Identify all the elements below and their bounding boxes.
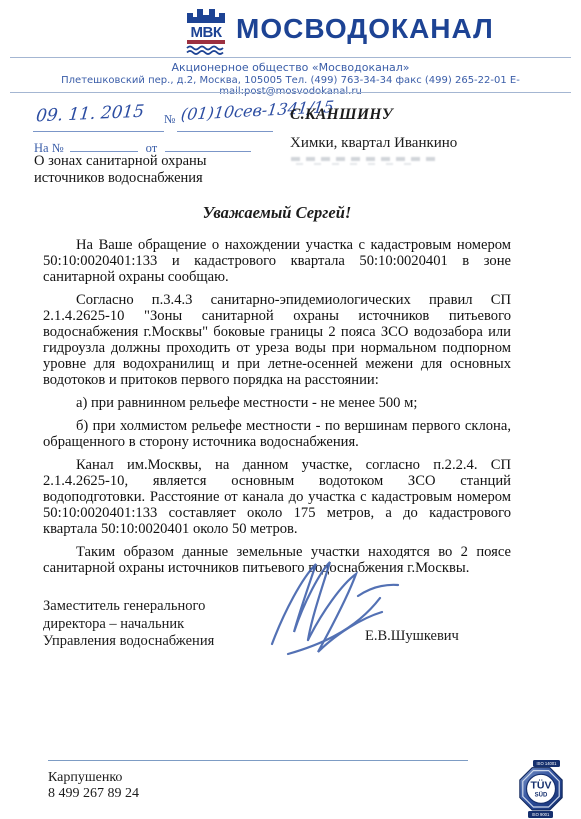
header-divider-top — [10, 57, 571, 58]
letter-subject: О зонах санитарной охраны источников вод… — [34, 153, 264, 187]
date-underline — [33, 131, 164, 132]
reply-number-blank — [70, 140, 138, 152]
mvk-logo-text: МВК — [191, 24, 223, 41]
number-underline — [177, 131, 273, 132]
letter-body: На Ваше обращение о нахождении участка с… — [43, 237, 511, 583]
handwritten-signature — [258, 554, 408, 667]
body-paragraph-1: На Ваше обращение о нахождении участка с… — [43, 237, 511, 285]
sud-text: SÜD — [535, 792, 548, 799]
header-divider-bottom — [10, 92, 571, 93]
tuv-sud-icon: ISO 14001 TÜV SÜD ISO 9001 — [506, 760, 572, 819]
tuv-text: TÜV — [531, 779, 552, 792]
signer-position-line-3: Управления водоснабжения — [43, 633, 273, 651]
executor-name: Карпушенко — [48, 770, 139, 786]
redacted-line — [291, 157, 439, 161]
iso-9001-label: ISO 9001 — [532, 812, 550, 817]
signer-position: Заместитель генерального директора – нач… — [43, 598, 273, 651]
company-title: МОСВОДОКАНАЛ — [236, 13, 494, 45]
tuv-sud-certification-logo: ISO 14001 TÜV SÜD ISO 9001 — [506, 760, 572, 819]
iso-14001-label: ISO 14001 — [536, 761, 557, 766]
mvk-logo: МВК — [183, 6, 229, 61]
letter-page: { "header": { "logo_text": "МВК", "compa… — [0, 0, 581, 819]
contact-line: Плетешковский пер., д.2, Москва, 105005 … — [0, 75, 581, 97]
org-name-line: Акционерное общество «Мосводоканал» — [0, 61, 581, 74]
addressee-address: Химки, квартал Иванкино — [290, 135, 457, 152]
body-paragraph-5: Канал им.Москвы, на данном участке, согл… — [43, 457, 511, 537]
reply-date-blank — [165, 140, 251, 152]
executor-block: Карпушенко 8 499 267 89 24 — [48, 770, 139, 802]
signer-position-line-2: директора – начальник — [43, 616, 273, 634]
signer-name: Е.В.Шушкевич — [365, 628, 459, 645]
number-label: № — [164, 112, 175, 127]
body-paragraph-4: б) при холмистом рельефе местности - по … — [43, 418, 511, 450]
redacted-line-2 — [296, 163, 416, 165]
mvk-logo-icon: МВК — [183, 6, 229, 56]
body-paragraph-3: а) при равнинном рельефе местности - не … — [43, 395, 511, 411]
footer-divider — [48, 760, 468, 761]
body-paragraph-2: Согласно п.3.4.3 санитарно-эпидемиологич… — [43, 292, 511, 388]
executor-phone: 8 499 267 89 24 — [48, 786, 139, 802]
signer-position-line-1: Заместитель генерального — [43, 598, 273, 616]
handwritten-date: 09. 11. 2015 — [35, 102, 145, 127]
subject-line-1: О зонах санитарной охраны — [34, 153, 264, 170]
salutation: Уважаемый Сергей! — [43, 203, 511, 223]
signature-icon — [258, 554, 408, 662]
subject-line-2: источников водоснабжения — [34, 170, 264, 187]
addressee-name: С.КАНШИНУ — [290, 106, 393, 124]
